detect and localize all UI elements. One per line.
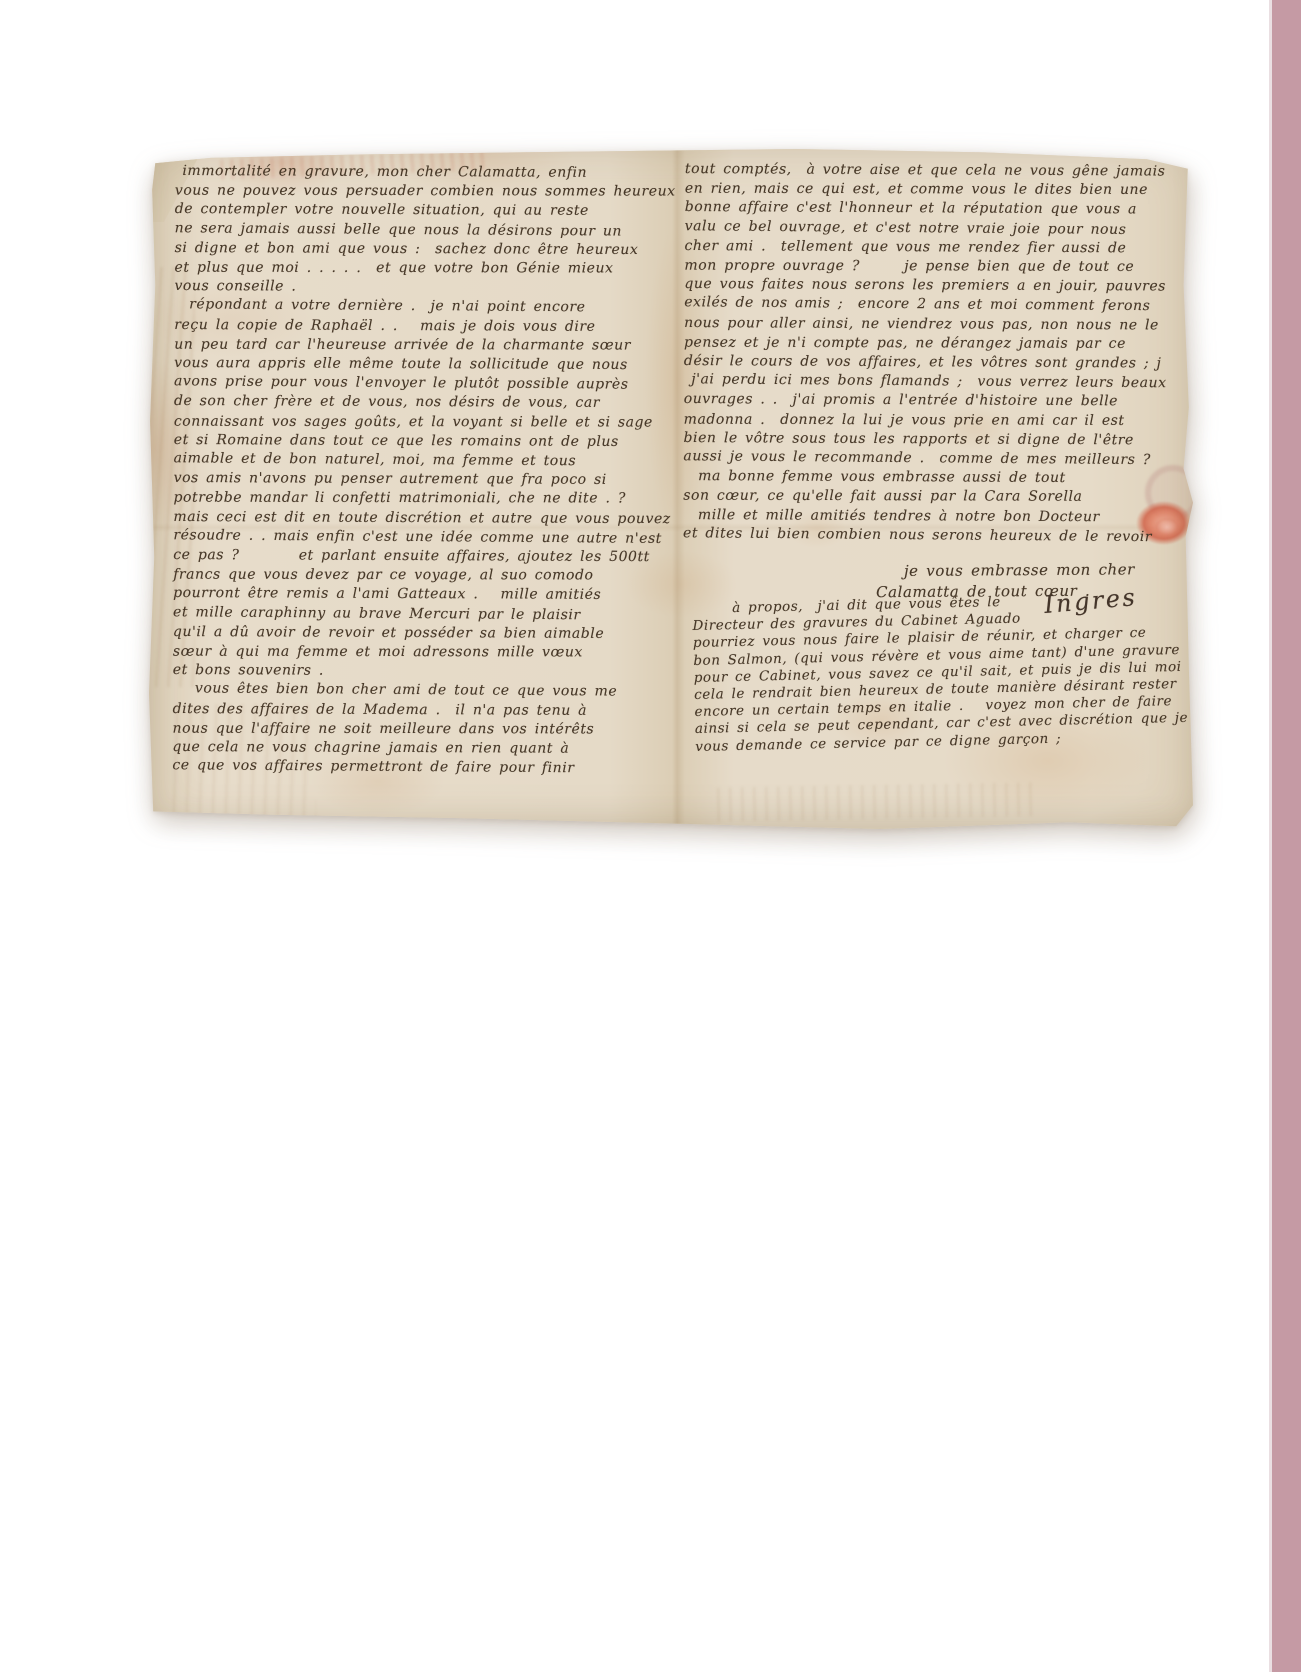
photo-background: immortalité en gravure, mon cher Calamat… <box>0 0 1301 1672</box>
paper-edge-shading <box>148 149 1194 829</box>
manuscript-letter: immortalité en gravure, mon cher Calamat… <box>148 149 1194 829</box>
right-edge-stripe <box>1269 0 1301 1672</box>
paper-sheet: immortalité en gravure, mon cher Calamat… <box>148 149 1194 829</box>
